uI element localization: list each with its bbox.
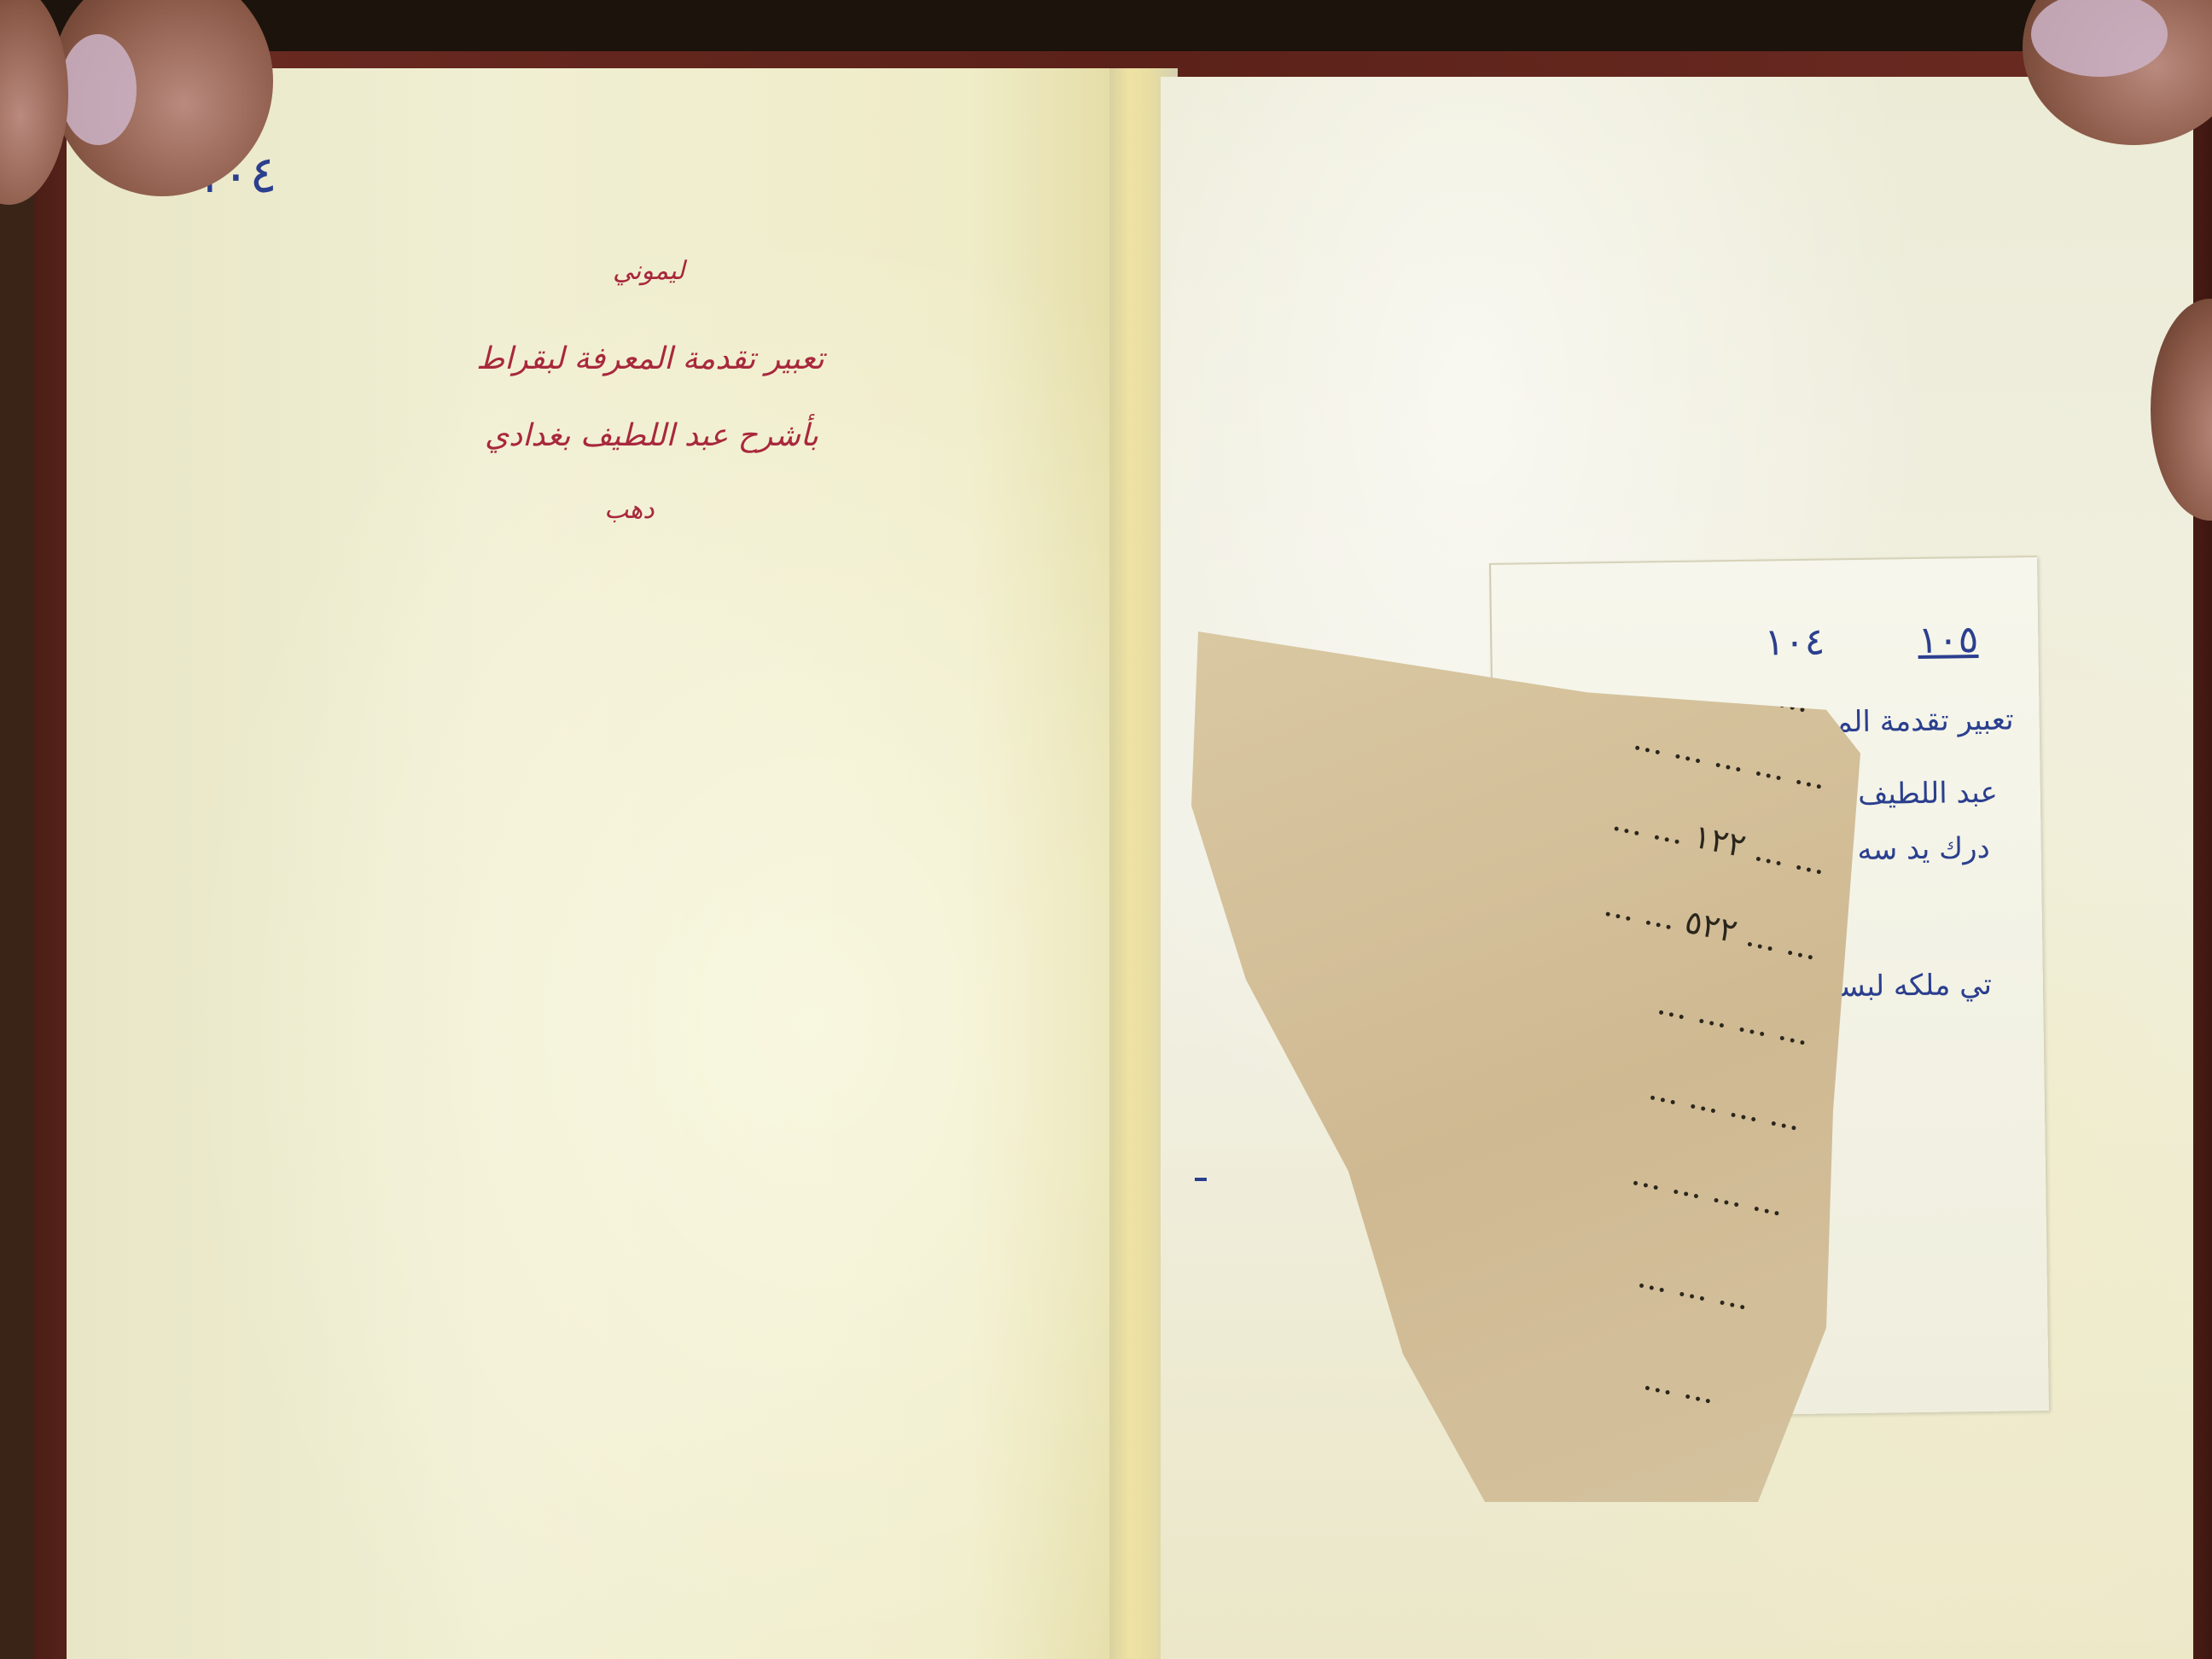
inscription-line: تعبير تقدمة المعرفة لبقراط [476, 341, 824, 376]
card-ownership-line: تي ملكه لبسه [1825, 968, 1993, 1004]
card-author-line: عبد اللطيف [1858, 776, 1998, 812]
card-new-number: ١٠٥ [1918, 618, 1979, 662]
card-note-line: درك يد سه [1857, 831, 1990, 867]
fragment-line: ... ... ٥٢٢ ... ... [1601, 886, 1821, 968]
fragment-line: ... ... ... ... ... [1631, 719, 1831, 797]
fragment-line: ... ... ... ... [1654, 984, 1813, 1053]
fragment-line: ... ... [1641, 1359, 1720, 1412]
fragment-line: ... ... ... ... [1645, 1069, 1804, 1138]
fragment-line: ... ... ... [1634, 1257, 1753, 1318]
left-page: ١٠٤ ليموني تعبير تقدمة المعرفة لبقراط بأ… [67, 68, 1129, 1659]
inscription-line: ليموني [613, 256, 684, 286]
thumbnail [2031, 0, 2168, 77]
thumbnail [60, 34, 137, 145]
inscription-line: بأشرح عبد اللطيف بغدادي [485, 418, 818, 453]
inscription-line: دهب [604, 495, 655, 525]
fragment-line: ... ... ... ... [1628, 1155, 1787, 1224]
ink-mark [1195, 1178, 1207, 1181]
fragment-line: ... ... ١٢٢ ... ... [1610, 800, 1830, 882]
card-old-number: ١٠٤ [1764, 620, 1825, 665]
